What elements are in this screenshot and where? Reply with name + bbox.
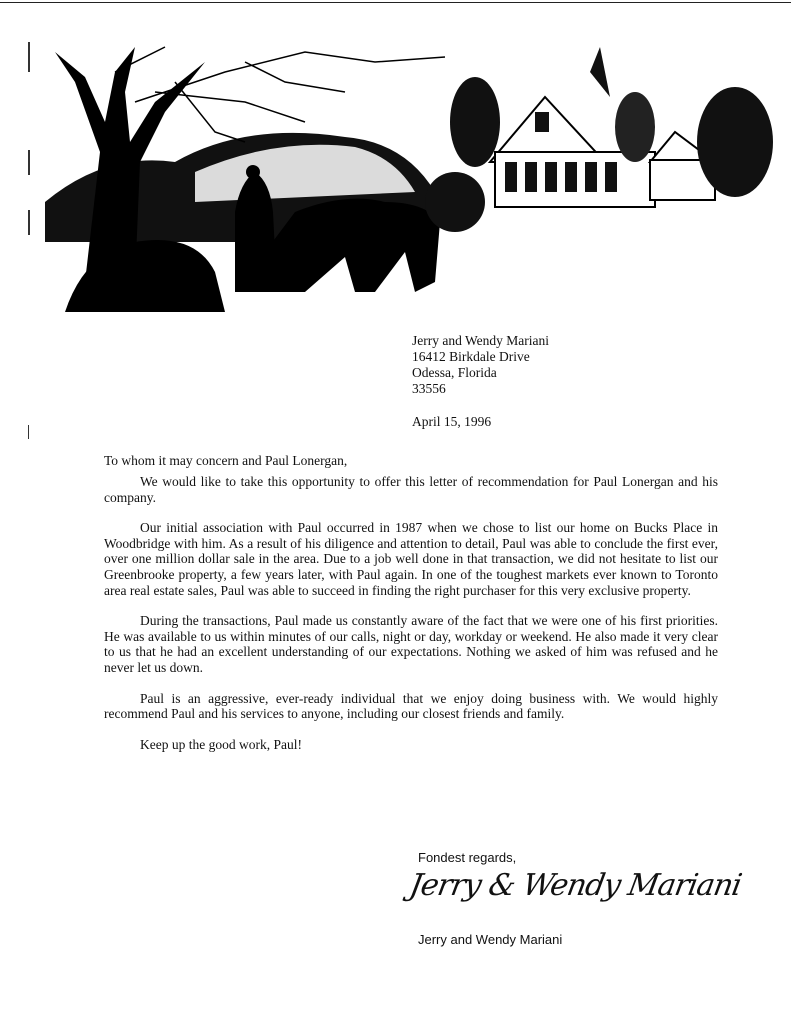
sender-name: Jerry and Wendy Mariani <box>412 333 549 349</box>
scan-margin-mark <box>28 210 30 235</box>
page-top-border <box>0 2 791 3</box>
handwritten-signature: Jerry & Wendy Mariani <box>407 868 744 903</box>
paragraph: Our initial association with Paul occurr… <box>104 520 718 598</box>
scan-margin-mark <box>28 425 29 439</box>
paragraph: Keep up the good work, Paul! <box>104 737 718 753</box>
sender-address: Jerry and Wendy Mariani 16412 Birkdale D… <box>412 333 549 397</box>
winter-scene-icon <box>45 42 775 327</box>
scan-margin-mark <box>28 42 30 72</box>
paragraph: Paul is an aggressive, ever-ready indivi… <box>104 691 718 722</box>
letter-date: April 15, 1996 <box>412 414 491 430</box>
paragraph: During the transactions, Paul made us co… <box>104 613 718 675</box>
scan-margin-mark <box>28 150 30 175</box>
sender-city: Odessa, Florida <box>412 365 549 381</box>
sender-zip: 33556 <box>412 381 549 397</box>
letter-body: We would like to take this opportunity t… <box>104 474 718 767</box>
closing: Fondest regards, <box>418 850 516 865</box>
letterhead-illustration <box>45 42 775 327</box>
salutation: To whom it may concern and Paul Lonergan… <box>104 453 347 469</box>
signed-name: Jerry and Wendy Mariani <box>418 932 562 947</box>
paragraph: We would like to take this opportunity t… <box>104 474 718 505</box>
sender-street: 16412 Birkdale Drive <box>412 349 549 365</box>
